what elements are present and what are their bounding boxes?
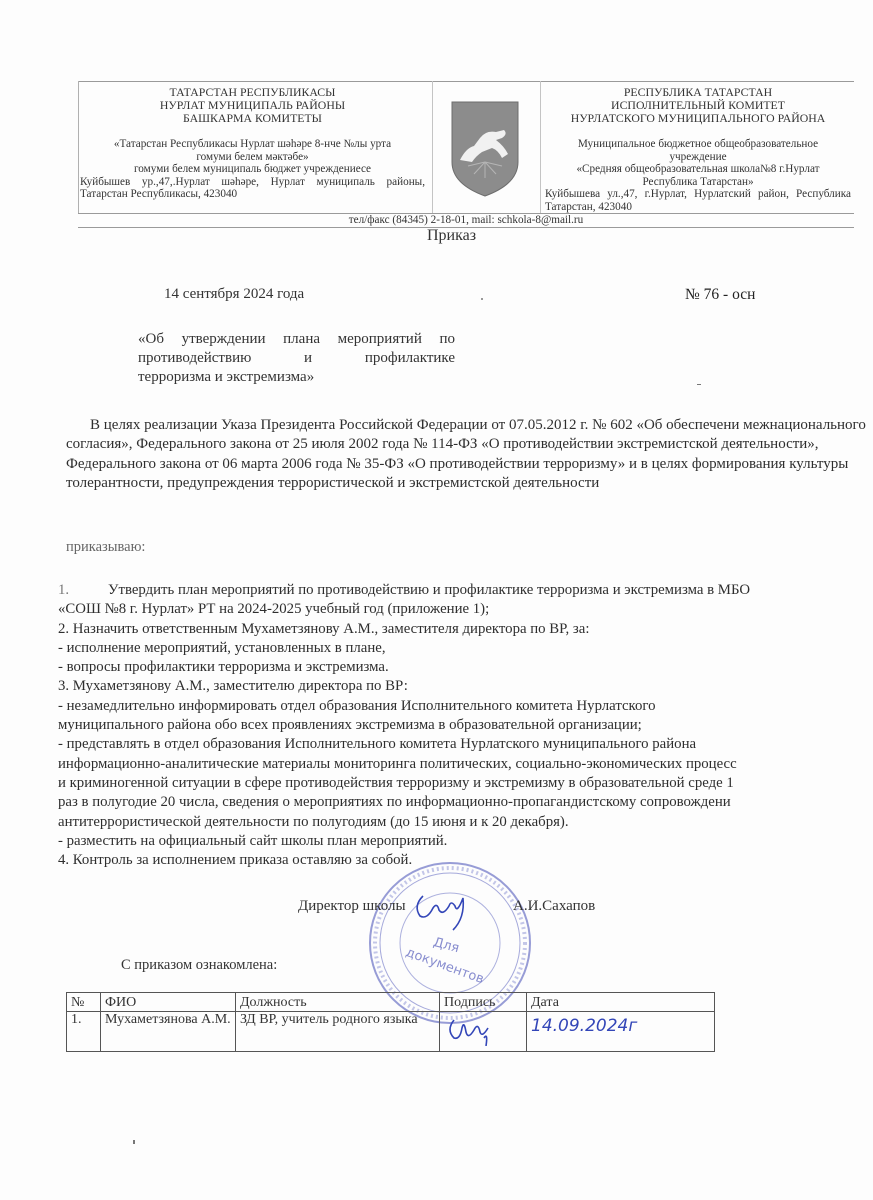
order-item: - разместить на официальный сайт школы п… bbox=[58, 832, 873, 851]
order-item: «СОШ №8 г. Нурлат» РТ на 2024-2025 учебн… bbox=[58, 600, 873, 619]
org-line: гомуми белем муниципаль бюджет учреждени… bbox=[80, 163, 425, 176]
order-items: 1.Утвердить план мероприятий по противод… bbox=[58, 581, 873, 870]
document-title: Приказ bbox=[0, 227, 873, 245]
subject-line: противодействию и профилактике bbox=[138, 349, 455, 368]
order-item: информационно-аналитические материалы мо… bbox=[58, 755, 873, 774]
letterhead-left-border bbox=[78, 81, 79, 213]
scan-speck bbox=[481, 298, 483, 300]
address-line: Татарстан Республикасы, 423040 bbox=[80, 188, 425, 201]
order-item: 3. Мухаметзянову А.М., заместителю дирек… bbox=[58, 677, 873, 696]
order-item: и криминогенной ситуации в сфере противо… bbox=[58, 774, 873, 793]
table-header-row: № ФИО Должность Подпись Дата bbox=[67, 993, 715, 1012]
col-number: № bbox=[67, 993, 101, 1012]
signatory-name: А.И.Сахапов bbox=[513, 898, 595, 915]
order-number: № 76 - осн bbox=[685, 286, 755, 304]
col-name: ФИО bbox=[101, 993, 236, 1012]
preamble: В целях реализации Указа Президента Росс… bbox=[66, 416, 873, 494]
address-line: Куйбышев ур.,47,.Нурлат шәһәре, Нурлат м… bbox=[80, 176, 425, 189]
order-item: раз в полугодие 20 числа, сведения о мер… bbox=[58, 793, 873, 812]
order-date: 14 сентября 2024 года bbox=[164, 286, 304, 303]
scan-speck bbox=[697, 384, 701, 385]
coat-of-arms-icon bbox=[446, 100, 524, 198]
cell-name: Мухаметзянова А.М. bbox=[101, 1012, 236, 1052]
header-line: НУРЛАТСКОГО МУНИЦИПАЛЬНОГО РАЙОНА bbox=[545, 112, 851, 125]
contacts-line: тел/факс (84345) 2-18-01, mail: schkola-… bbox=[78, 214, 854, 227]
order-item: - представлять в отдел образования Испол… bbox=[58, 735, 873, 754]
item-text: Утвердить план мероприятий по противодей… bbox=[108, 582, 750, 598]
order-item: 1.Утвердить план мероприятий по противод… bbox=[58, 581, 873, 600]
item-number: 1. bbox=[58, 581, 108, 600]
address-line: Татарстан, 423040 bbox=[545, 201, 851, 214]
org-line: «Средняя общеобразовательная школа№8 г.Н… bbox=[545, 163, 851, 176]
acknowledgement-table: № ФИО Должность Подпись Дата 1. Мухаметз… bbox=[66, 992, 715, 1052]
org-line: Муниципальное бюджетное общеобразователь… bbox=[545, 138, 851, 151]
org-line: гомуми белем мәктәбе» bbox=[80, 151, 425, 164]
col-date: Дата bbox=[527, 993, 715, 1012]
letterhead-divider bbox=[432, 81, 433, 213]
cell-signature bbox=[440, 1012, 527, 1052]
cell-position: ЗД ВР, учитель родного языка bbox=[236, 1012, 440, 1052]
preamble-text: В целях реализации Указа Президента Росс… bbox=[66, 416, 873, 494]
table-row: 1. Мухаметзянова А.М. ЗД ВР, учитель род… bbox=[67, 1012, 715, 1052]
order-word: приказываю: bbox=[66, 539, 145, 556]
order-item: муниципального района обо всех проявлени… bbox=[58, 716, 873, 735]
handwritten-signature-icon bbox=[444, 1012, 504, 1046]
order-item: - вопросы профилактики терроризма и экст… bbox=[58, 658, 873, 677]
cell-number: 1. bbox=[67, 1012, 101, 1052]
org-line: Республика Татарстан» bbox=[545, 176, 851, 189]
svg-text:Для: Для bbox=[432, 935, 461, 956]
order-subject: «Об утверждении плана мероприятий по про… bbox=[138, 330, 455, 387]
order-item: антитеррористической деятельности по пол… bbox=[58, 813, 873, 832]
org-line: учреждение bbox=[545, 151, 851, 164]
letterhead-divider bbox=[540, 81, 541, 213]
subject-line: «Об утверждении плана мероприятий по bbox=[138, 330, 455, 349]
letterhead-russian: РЕСПУБЛИКА ТАТАРСТАН ИСПОЛНИТЕЛЬНЫЙ КОМИ… bbox=[545, 86, 851, 213]
acknowledgement-label: С приказом ознакомлена: bbox=[121, 957, 277, 974]
letterhead-top-rule bbox=[78, 81, 854, 82]
scan-speck bbox=[133, 1140, 135, 1144]
order-item: 2. Назначить ответственным Мухаметзянову… bbox=[58, 620, 873, 639]
col-signature: Подпись bbox=[440, 993, 527, 1012]
order-item: - исполнение мероприятий, установленных … bbox=[58, 639, 873, 658]
org-line: «Татарстан Республикасы Нурлат шәһәре 8-… bbox=[80, 138, 425, 151]
signatory-position: Директор школы bbox=[298, 898, 406, 915]
letterhead-tatar: ТАТАРСТАН РЕСПУБЛИКАСЫ НУРЛАТ МУНИЦИПАЛЬ… bbox=[80, 86, 425, 201]
subject-line: терроризма и экстремизма» bbox=[138, 368, 455, 387]
order-item: - незамедлительно информировать отдел об… bbox=[58, 697, 873, 716]
col-position: Должность bbox=[236, 993, 440, 1012]
cell-date: 14.09.2024г bbox=[527, 1012, 715, 1052]
address-line: Куйбышева ул.,47, г.Нурлат, Нурлатский р… bbox=[545, 188, 851, 201]
header-line: БАШКАРМА КОМИТЕТЫ bbox=[80, 112, 425, 125]
